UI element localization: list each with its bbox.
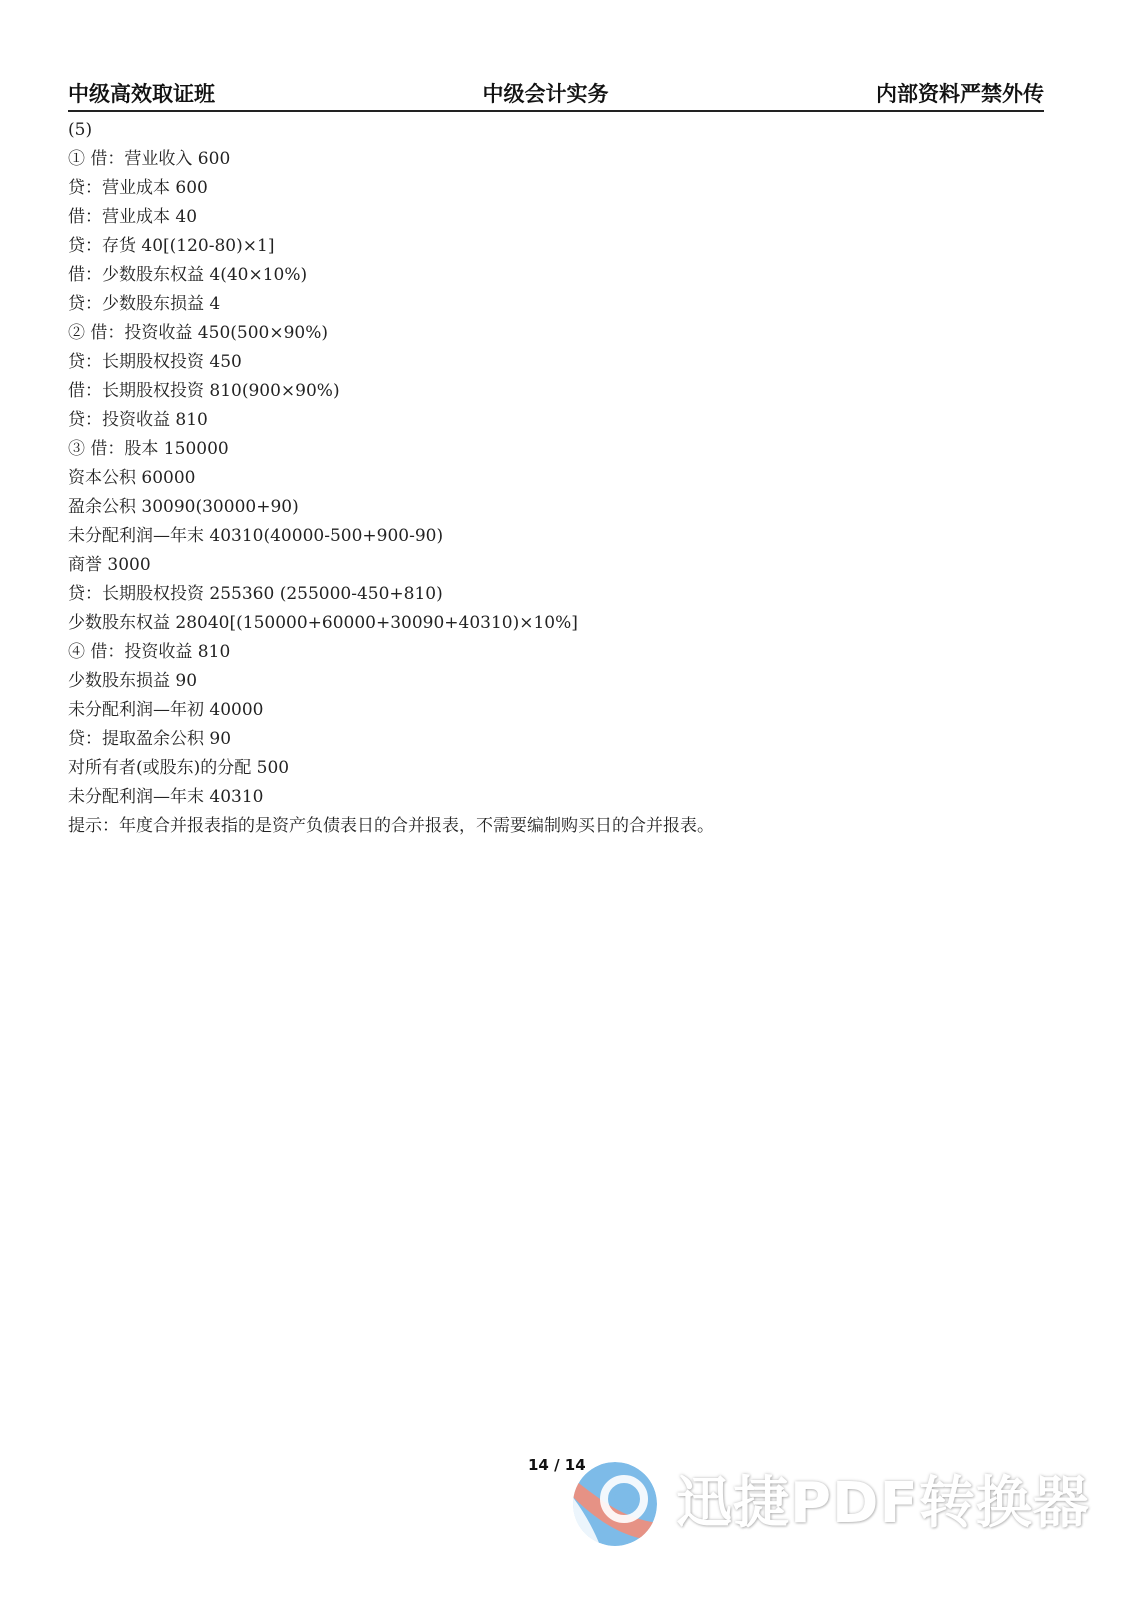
entry-line: 借：营业成本 40 bbox=[68, 203, 1048, 232]
page-number: 14 / 14 bbox=[528, 1456, 586, 1474]
entry-line: ③ 借：股本 150000 bbox=[68, 435, 1048, 464]
entry-line: 借：长期股权投资 810(900×90%) bbox=[68, 377, 1048, 406]
entry-line: 少数股东权益 28040[(150000+60000+30090+40310)×… bbox=[68, 609, 1048, 638]
section-label: (5) bbox=[68, 116, 1048, 145]
header-left-title: 中级高效取证班 bbox=[68, 80, 215, 108]
entry-line: 贷：营业成本 600 bbox=[68, 174, 1048, 203]
entry-line: 少数股东损益 90 bbox=[68, 667, 1048, 696]
page-header: 中级高效取证班 中级会计实务 内部资料严禁外传 bbox=[68, 80, 1044, 112]
entry-line: 贷：存货 40[(120-80)×1] bbox=[68, 232, 1048, 261]
entry-line: 贷：长期股权投资 255360 (255000-450+810) bbox=[68, 580, 1048, 609]
header-center-title: 中级会计实务 bbox=[483, 80, 609, 108]
entry-line: ② 借：投资收益 450(500×90%) bbox=[68, 319, 1048, 348]
document-body: (5) ① 借：营业收入 600 贷：营业成本 600 借：营业成本 40 贷：… bbox=[68, 116, 1048, 841]
entry-line: 贷：少数股东损益 4 bbox=[68, 290, 1048, 319]
watermark: 迅捷PDF转换器 bbox=[572, 1458, 1092, 1550]
entry-line: 商誉 3000 bbox=[68, 551, 1048, 580]
entry-line: 未分配利润—年末 40310 bbox=[68, 783, 1048, 812]
entry-line: 未分配利润—年末 40310(40000-500+900-90) bbox=[68, 522, 1048, 551]
watermark-text: 迅捷PDF转换器 bbox=[676, 1461, 1090, 1547]
header-right-notice: 内部资料严禁外传 bbox=[876, 80, 1044, 108]
entry-line: 对所有者(或股东)的分配 500 bbox=[68, 754, 1048, 783]
entry-line: ④ 借：投资收益 810 bbox=[68, 638, 1048, 667]
entry-line: 未分配利润—年初 40000 bbox=[68, 696, 1048, 725]
entry-line: 借：少数股东权益 4(40×10%) bbox=[68, 261, 1048, 290]
hint-line: 提示：年度合并报表指的是资产负债表日的合并报表，不需要编制购买日的合并报表。 bbox=[68, 812, 1048, 841]
entry-line: 贷：长期股权投资 450 bbox=[68, 348, 1048, 377]
entry-line: 资本公积 60000 bbox=[68, 464, 1048, 493]
entry-line: 盈余公积 30090(30000+90) bbox=[68, 493, 1048, 522]
entry-line: 贷：投资收益 810 bbox=[68, 406, 1048, 435]
entry-line: 贷：提取盈余公积 90 bbox=[68, 725, 1048, 754]
entry-line: ① 借：营业收入 600 bbox=[68, 145, 1048, 174]
